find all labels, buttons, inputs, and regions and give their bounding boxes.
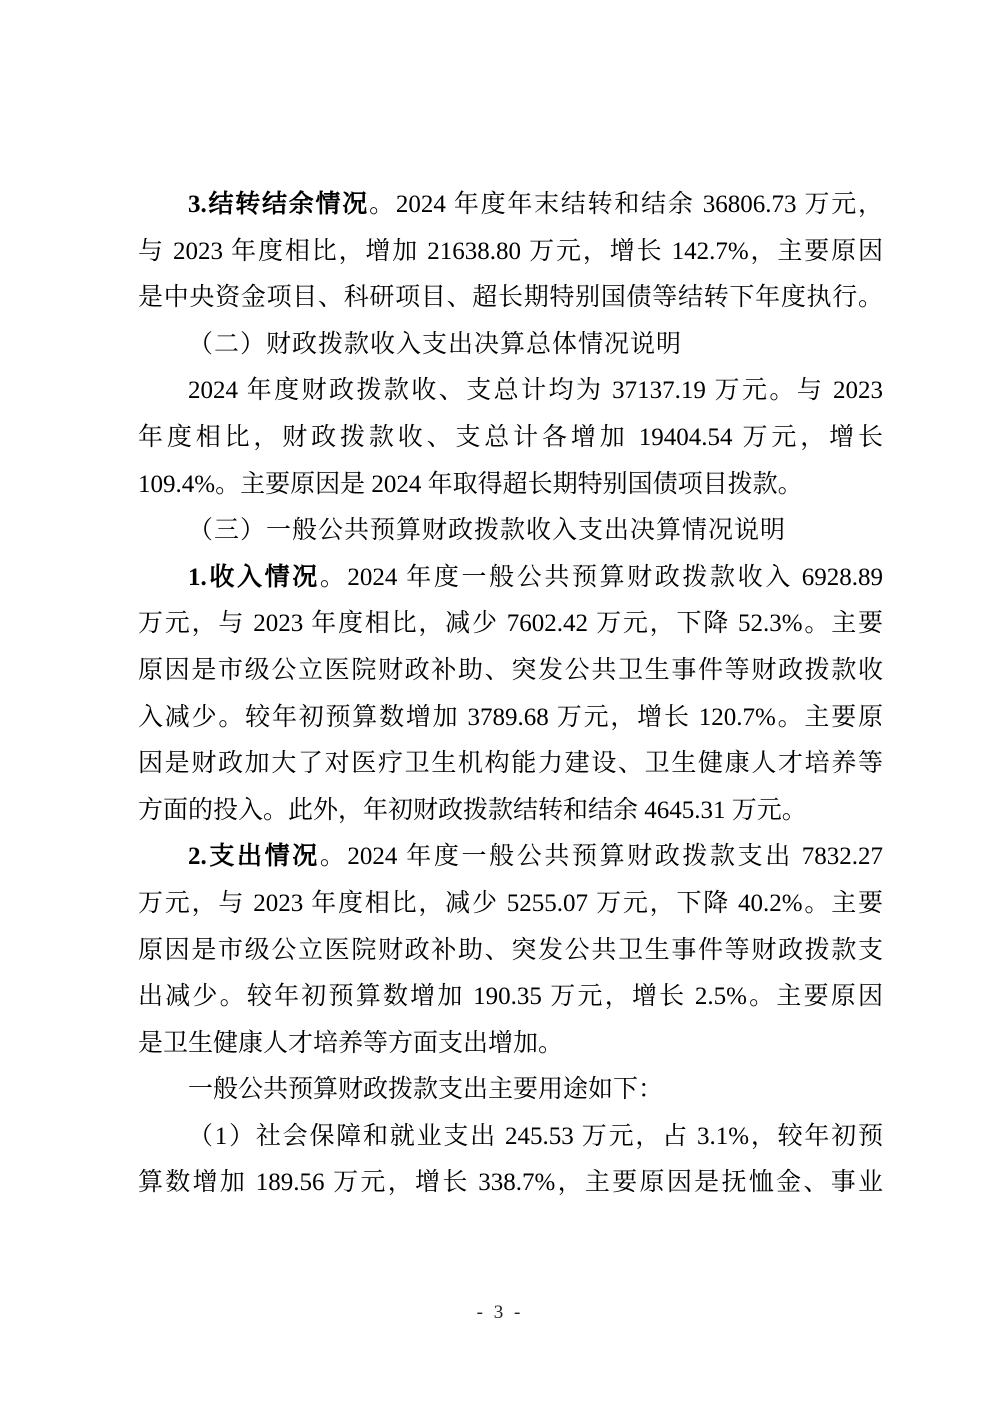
- para-usage-item1-line-2: 算数增加 189.56 万元，增长 338.7%，主要原因是抚恤金、事业: [138, 1160, 883, 1207]
- para-carryover-line-3: 是中央资金项目、科研项目、超长期特别国债等结转下年度执行。: [138, 275, 883, 322]
- para-usage-intro: 一般公共预算财政拨款支出主要用途如下：: [138, 1067, 883, 1114]
- body-text: 万元，与 2023 年度相比，减少 5255.07 万元，下降 40.2%。主要: [138, 890, 883, 917]
- para-income-line-6: 方面的投入。此外，年初财政拨款结转和结余 4645.31 万元。: [138, 788, 883, 835]
- heading-section-3: （三）一般公共预算财政拨款收入支出决算情况说明: [138, 508, 883, 555]
- page-content: 3.结转结余情况。2024 年度年末结转和结余 36806.73 万元，与 20…: [138, 182, 883, 1207]
- page-number: - 3 -: [0, 1302, 1000, 1324]
- para-carryover-line-2: 与 2023 年度相比，增加 21638.80 万元，增长 142.7%，主要原…: [138, 229, 883, 276]
- para-fiscal-total-line-2: 年度相比，财政拨款收、支总计各增加 19404.54 万元，增长: [138, 415, 883, 462]
- para-fiscal-total-line-1: 2024 年度财政拨款收、支总计均为 37137.19 万元。与 2023: [138, 368, 883, 415]
- body-text: 。2024 年度一般公共预算财政拨款支出 7832.27: [320, 843, 883, 870]
- body-text: 算数增加 189.56 万元，增长 338.7%，主要原因是抚恤金、事业: [138, 1169, 883, 1196]
- body-text: 入减少。较年初预算数增加 3789.68 万元，增长 120.7%。主要原: [138, 704, 883, 731]
- para-expense-line-4: 出减少。较年初预算数增加 190.35 万元，增长 2.5%。主要原因: [138, 974, 883, 1021]
- para-income-line-3: 原因是市级公立医院财政补助、突发公共卫生事件等财政拨款收: [138, 648, 883, 695]
- bold-lead-text: 3.结转结余情况: [188, 191, 369, 218]
- para-expense-line-3: 原因是市级公立医院财政补助、突发公共卫生事件等财政拨款支: [138, 928, 883, 975]
- body-text: 是卫生健康人才培养等方面支出增加。: [138, 1030, 563, 1057]
- para-carryover-line-1: 3.结转结余情况。2024 年度年末结转和结余 36806.73 万元，: [138, 182, 883, 229]
- body-text: 原因是市级公立医院财政补助、突发公共卫生事件等财政拨款支: [138, 937, 883, 964]
- body-text: （二）财政拨款收入支出决算总体情况说明: [188, 331, 682, 358]
- body-text: 万元，与 2023 年度相比，减少 7602.42 万元，下降 52.3%。主要: [138, 610, 883, 637]
- para-expense-line-1: 2.支出情况。2024 年度一般公共预算财政拨款支出 7832.27: [138, 834, 883, 881]
- document-page: 3.结转结余情况。2024 年度年末结转和结余 36806.73 万元，与 20…: [0, 0, 1000, 1413]
- body-text: 。2024 年度年末结转和结余 36806.73 万元，: [369, 191, 883, 218]
- para-expense-line-5: 是卫生健康人才培养等方面支出增加。: [138, 1021, 883, 1068]
- bold-lead-text: 2.支出情况: [188, 843, 320, 870]
- body-text: 是中央资金项目、科研项目、超长期特别国债等结转下年度执行。: [138, 284, 883, 311]
- para-income-line-4: 入减少。较年初预算数增加 3789.68 万元，增长 120.7%。主要原: [138, 695, 883, 742]
- heading-section-2: （二）财政拨款收入支出决算总体情况说明: [138, 322, 883, 369]
- body-text: 因是财政加大了对医疗卫生机构能力建设、卫生健康人才培养等: [138, 750, 883, 777]
- para-usage-item1-line-1: （1）社会保障和就业支出 245.53 万元，占 3.1%，较年初预: [138, 1114, 883, 1161]
- body-text: 109.4%。主要原因是 2024 年取得超长期特别国债项目拨款。: [138, 471, 803, 498]
- body-text: 出减少。较年初预算数增加 190.35 万元，增长 2.5%。主要原因: [138, 983, 883, 1010]
- body-text: 方面的投入。此外，年初财政拨款结转和结余 4645.31 万元。: [138, 797, 807, 824]
- para-income-line-2: 万元，与 2023 年度相比，减少 7602.42 万元，下降 52.3%。主要: [138, 601, 883, 648]
- body-text: （1）社会保障和就业支出 245.53 万元，占 3.1%，较年初预: [188, 1123, 883, 1150]
- body-text: 与 2023 年度相比，增加 21638.80 万元，增长 142.7%，主要原…: [138, 238, 883, 265]
- bold-lead-text: 1.收入情况: [188, 564, 320, 591]
- body-text: （三）一般公共预算财政拨款收入支出决算情况说明: [188, 517, 786, 544]
- body-text: 一般公共预算财政拨款支出主要用途如下：: [188, 1076, 663, 1103]
- body-text: 2024 年度财政拨款收、支总计均为 37137.19 万元。与 2023: [188, 377, 883, 404]
- para-fiscal-total-line-3: 109.4%。主要原因是 2024 年取得超长期特别国债项目拨款。: [138, 462, 883, 509]
- body-text: 年度相比，财政拨款收、支总计各增加 19404.54 万元，增长: [138, 424, 883, 451]
- para-income-line-1: 1.收入情况。2024 年度一般公共预算财政拨款收入 6928.89: [138, 555, 883, 602]
- body-text: 。2024 年度一般公共预算财政拨款收入 6928.89: [320, 564, 883, 591]
- body-text: 原因是市级公立医院财政补助、突发公共卫生事件等财政拨款收: [138, 657, 883, 684]
- para-income-line-5: 因是财政加大了对医疗卫生机构能力建设、卫生健康人才培养等: [138, 741, 883, 788]
- para-expense-line-2: 万元，与 2023 年度相比，减少 5255.07 万元，下降 40.2%。主要: [138, 881, 883, 928]
